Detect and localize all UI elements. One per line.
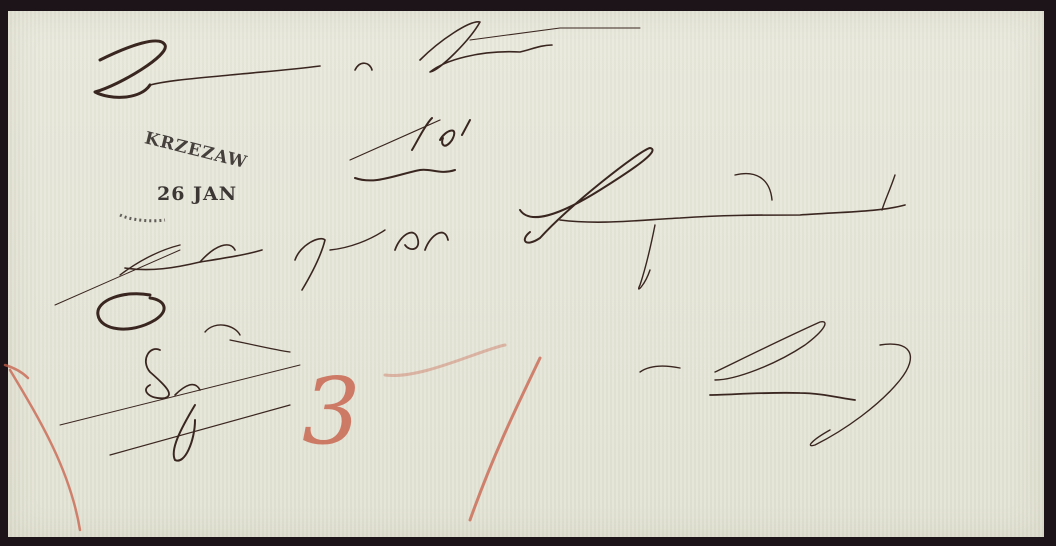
rate-marking: 3	[302, 358, 361, 465]
handwriting-strokes	[0, 0, 1056, 546]
postmark-date: 26 JAN	[157, 183, 237, 205]
